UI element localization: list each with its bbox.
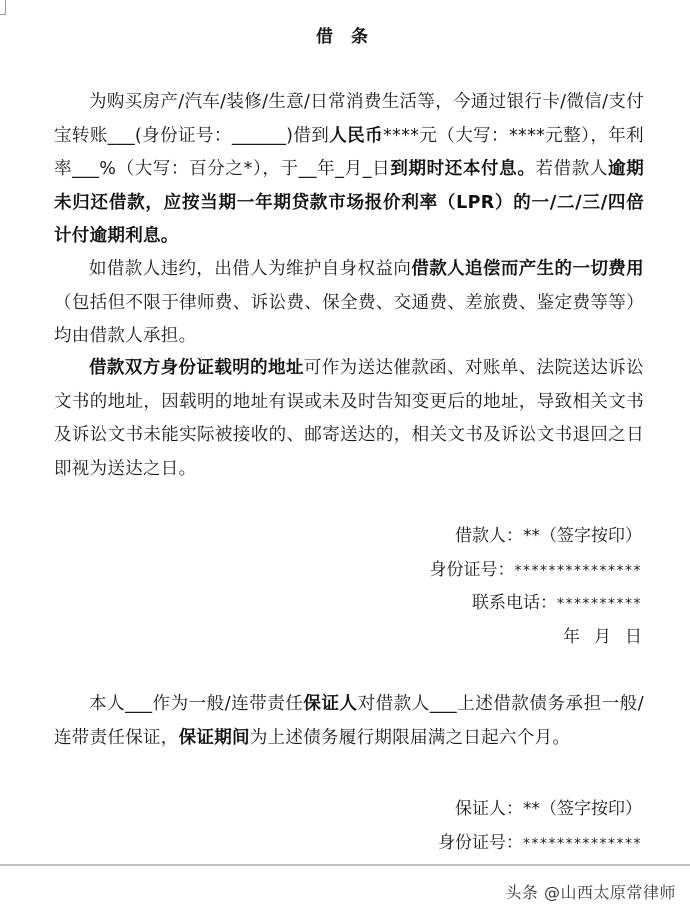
service-address-paragraph: 借款双方身份证载明的地址可作为送达催款函、对账单、法院送达诉讼文书的地址，因载明… bbox=[54, 352, 644, 486]
borrower-phone-line: 联系电话：********** bbox=[430, 587, 643, 621]
guarantor-id-line: 身份证号：************** bbox=[438, 827, 642, 861]
paragraph-text: 本人___作为一般/连带责任 bbox=[89, 694, 303, 714]
source-watermark: 头条 @山西太原常律师 bbox=[505, 880, 676, 903]
bold-text: 保证人 bbox=[303, 694, 357, 714]
date-year: 年 bbox=[563, 627, 580, 647]
guarantor-signature-block: 保证人：**（签字按印） 身份证号：************** bbox=[438, 793, 642, 860]
guarantor-id-value: ************** bbox=[523, 836, 642, 852]
page-corner-mark bbox=[0, 0, 6, 15]
paragraph-text: 若借款人 bbox=[535, 159, 608, 179]
bold-text: 保证期间 bbox=[179, 728, 250, 748]
signature-date-line: 年月日 bbox=[430, 621, 643, 655]
paragraph-text: 为上述债务履行期限届满之日起六个月。 bbox=[250, 728, 570, 748]
borrower-phone-label: 联系电话： bbox=[472, 593, 557, 613]
bold-text: 到期时还本付息。 bbox=[390, 159, 535, 179]
breach-costs-paragraph: 如借款人违约，出借人为维护自身权益向借款人追偿而产生的一切费用（包括但不限于律师… bbox=[54, 253, 644, 354]
bold-text: 借款双方身份证载明的地址 bbox=[89, 358, 304, 378]
borrower-name-label: 借款人： bbox=[455, 526, 523, 546]
guarantor-name-value: **（签字按印） bbox=[523, 799, 642, 819]
document-title: 借 条 bbox=[0, 22, 690, 47]
borrower-id-line: 身份证号：*************** bbox=[430, 554, 643, 588]
date-month: 月 bbox=[594, 627, 611, 647]
bold-text: 人民币 bbox=[329, 126, 383, 146]
borrower-id-value: *************** bbox=[515, 563, 643, 579]
borrower-signature-block: 借款人：**（签字按印） 身份证号：*************** 联系电话：*… bbox=[430, 520, 643, 654]
paragraph-text: 如借款人违约，出借人为维护自身权益向 bbox=[89, 259, 411, 279]
borrower-name-value: **（签字按印） bbox=[523, 526, 642, 546]
borrower-id-label: 身份证号： bbox=[430, 560, 515, 580]
bold-text: 借款人追偿而产生的一切费用 bbox=[411, 259, 644, 279]
borrower-phone-value: ********** bbox=[557, 596, 642, 612]
date-day: 日 bbox=[625, 627, 642, 647]
page-divider bbox=[0, 864, 690, 866]
paragraph-text: （包括但不限于律师费、诉讼费、保全费、交通费、差旅费、鉴定费等等）均由借款人承担… bbox=[54, 293, 644, 347]
guarantor-id-label: 身份证号： bbox=[438, 833, 523, 853]
guarantee-paragraph: 本人___作为一般/连带责任保证人对借款人___上述借款债务承担一般/连带责任保… bbox=[54, 688, 644, 755]
guarantor-name-label: 保证人： bbox=[455, 799, 523, 819]
borrower-name-line: 借款人：**（签字按印） bbox=[430, 520, 643, 554]
guarantor-name-line: 保证人：**（签字按印） bbox=[438, 793, 642, 827]
loan-terms-paragraph: 为购买房产/汽车/装修/生意/日常消费生活等，今通过银行卡/微信/支付宝转账__… bbox=[54, 86, 644, 254]
